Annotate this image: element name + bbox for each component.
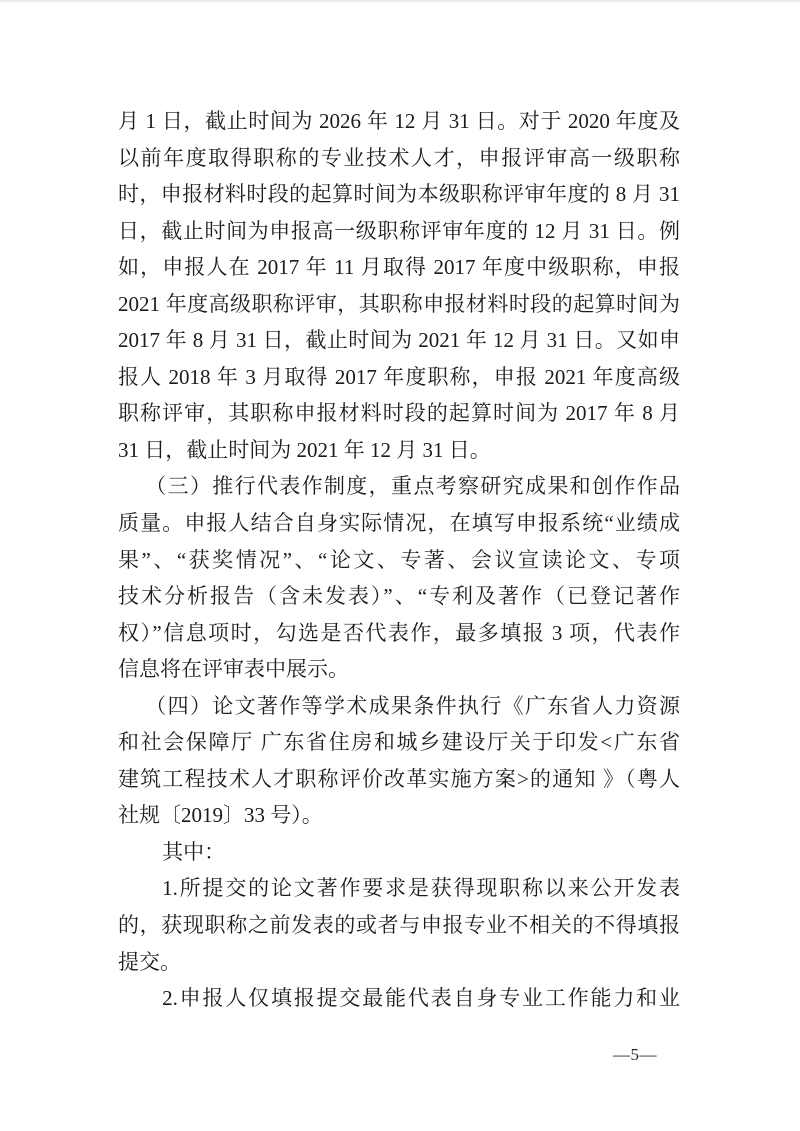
text-line: 果”、“获奖情况”、“论文、专著、会议宣读论文、专项 <box>118 542 680 579</box>
text-line: 2021 年度高级职称评审，其职称申报材料时段的起算时间为 <box>118 286 680 323</box>
text-line: 的，获现职称之前发表的或者与申报专业不相关的不得填报 <box>118 907 680 944</box>
text-line: 2.申报人仅填报提交最能代表自身专业工作能力和业 <box>118 980 680 1017</box>
text-line: 权）”信息项时，勾选是否代表作，最多填报 3 项，代表作 <box>118 615 680 652</box>
scan-edge-artifact <box>0 0 800 3</box>
text-line: 时，申报材料时段的起算时间为本级职称评审年度的 8 月 31 <box>118 176 680 213</box>
text-line: 如，申报人在 2017 年 11 月取得 2017 年度中级职称，申报 <box>118 249 680 286</box>
text-line: 以前年度取得职称的专业技术人才，申报评审高一级职称 <box>118 140 680 177</box>
text-line: 质量。申报人结合自身实际情况，在填写申报系统“业绩成 <box>118 505 680 542</box>
document-body: 月 1 日，截止时间为 2026 年 12 月 31 日。对于 2020 年度及… <box>118 103 680 1017</box>
text-line: 和社会保障厅 广东省住房和城乡建设厅关于印发<广东省 <box>118 724 680 761</box>
text-line: 其中： <box>118 834 680 871</box>
text-line: 1.所提交的论文著作要求是获得现职称以来公开发表 <box>118 870 680 907</box>
text-line: 月 1 日，截止时间为 2026 年 12 月 31 日。对于 2020 年度及 <box>118 103 680 140</box>
page-number: —5— <box>613 1044 657 1066</box>
text-line: （三）推行代表作制度，重点考察研究成果和创作作品 <box>118 468 680 505</box>
text-line: 提交。 <box>118 944 680 981</box>
text-line: （四）论文著作等学术成果条件执行《广东省人力资源 <box>118 688 680 725</box>
text-line: 信息将在评审表中展示。 <box>118 651 680 688</box>
text-line: 2017 年 8 月 31 日，截止时间为 2021 年 12 月 31 日。又… <box>118 322 680 359</box>
text-line: 报人 2018 年 3 月取得 2017 年度职称，申报 2021 年度高级 <box>118 359 680 396</box>
text-line: 职称评审，其职称申报材料时段的起算时间为 2017 年 8 月 <box>118 395 680 432</box>
text-line: 技术分析报告（含未发表）”、“专利及著作（已登记著作 <box>118 578 680 615</box>
document-page: 月 1 日，截止时间为 2026 年 12 月 31 日。对于 2020 年度及… <box>0 0 800 1131</box>
text-line: 日，截止时间为申报高一级职称评审年度的 12 月 31 日。例 <box>118 213 680 250</box>
text-line: 社规〔2019〕33 号）。 <box>118 797 680 834</box>
text-line: 31 日，截止时间为 2021 年 12 月 31 日。 <box>118 432 680 469</box>
text-line: 建筑工程技术人才职称评价改革实施方案>的通知 》（粤人 <box>118 761 680 798</box>
